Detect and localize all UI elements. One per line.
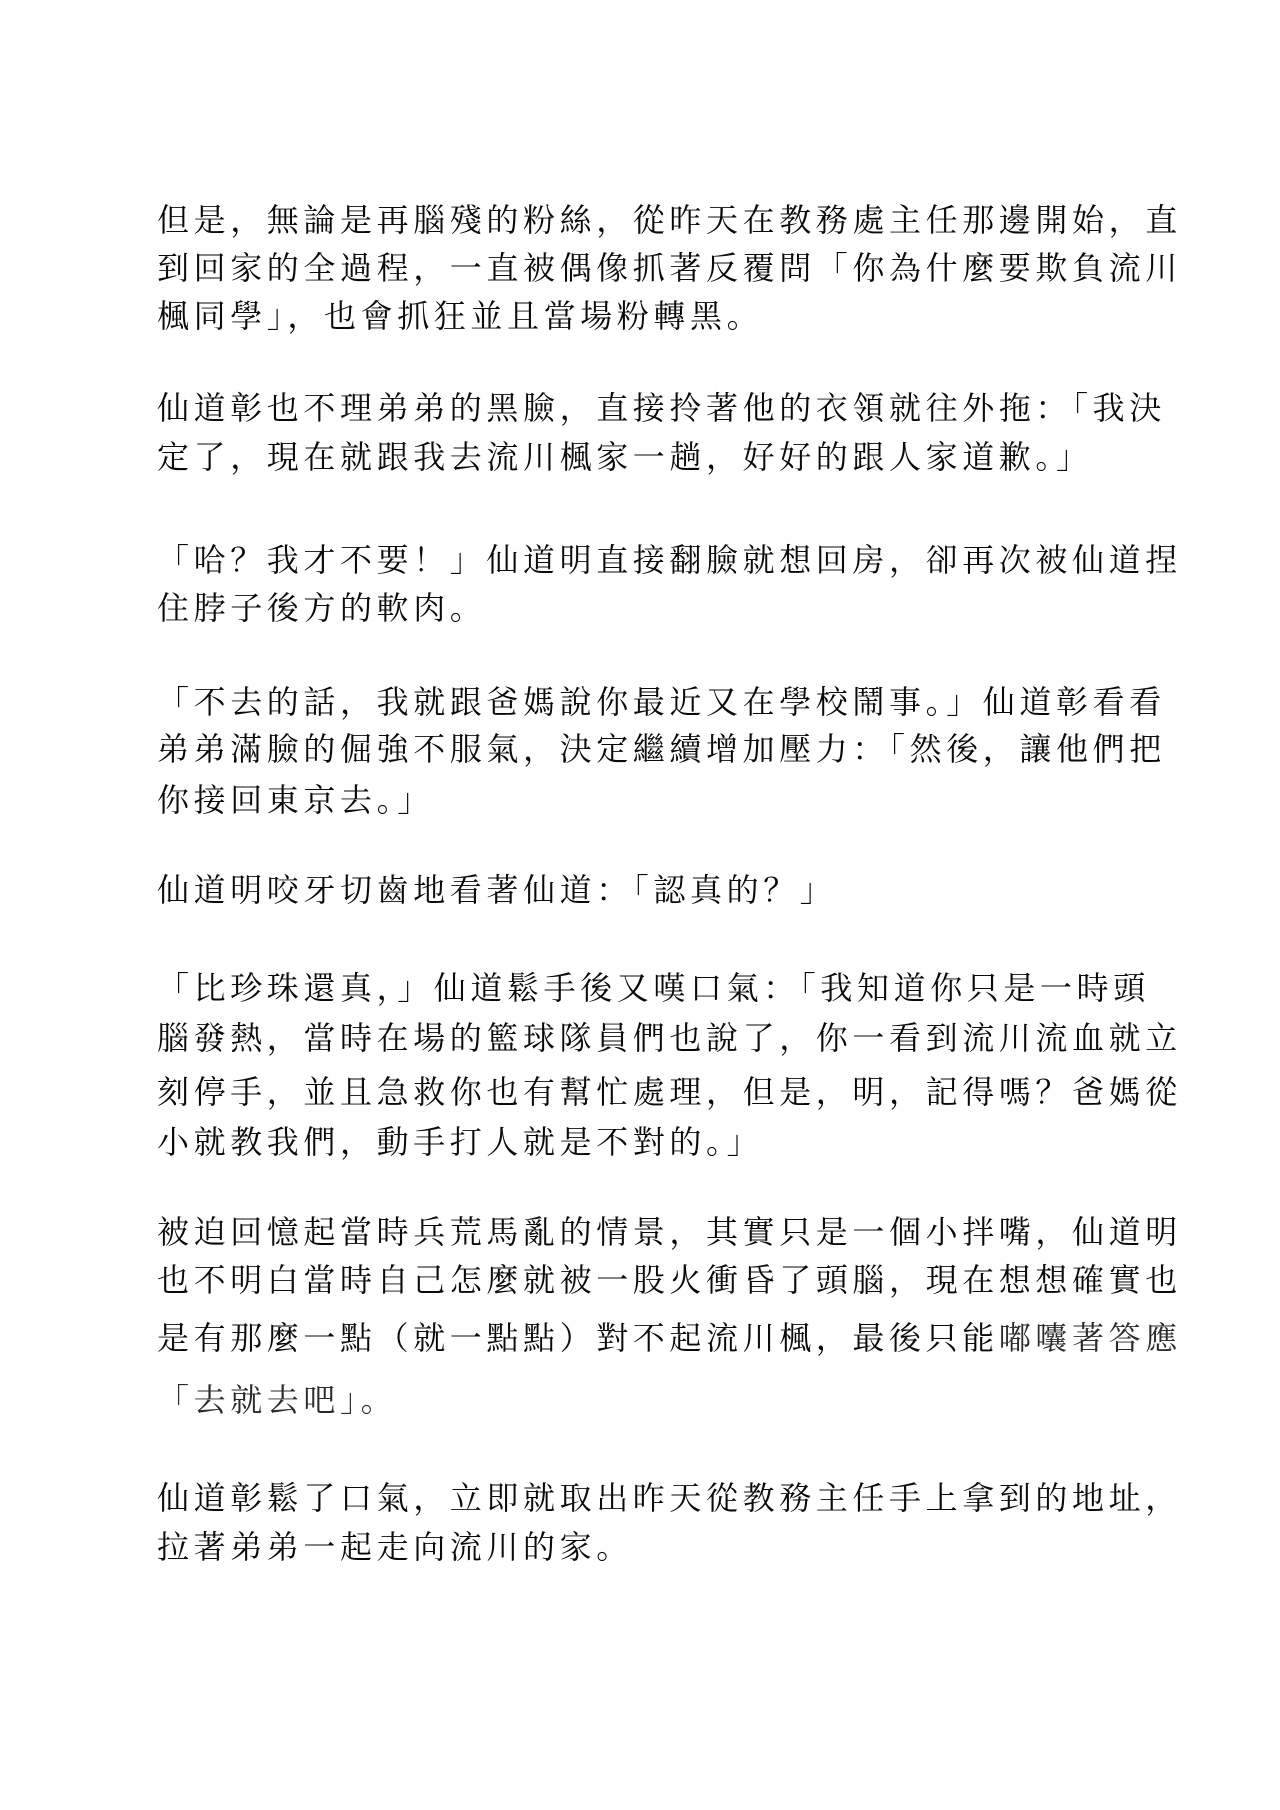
- text-line: 楓同學」，也會抓狂並且當場粉轉黑。: [157, 296, 1137, 336]
- text-line: 定了，現在就跟我去流川楓家一趟，好好的跟人家道歉。」: [157, 437, 1137, 477]
- text-line: 仙道明咬牙切齒地看著仙道：「認真的？」: [157, 870, 1137, 910]
- text-line: 你接回東京去。」: [157, 780, 1137, 820]
- text-segment-light: 嘟囔著答應: [999, 1319, 1182, 1357]
- text-line: 弟弟滿臉的倔強不服氣，決定繼續增加壓力：「然後，讓他們把: [157, 729, 1137, 769]
- text-line: 仙道彰鬆了口氣，立即就取出昨天從教務主任手上拿到的地址，: [157, 1478, 1137, 1518]
- text-line: 仙道彰也不理弟弟的黑臉，直接拎著他的衣領就往外拖：「我決: [157, 388, 1137, 428]
- document-page: 但是，無論是再腦殘的粉絲，從昨天在教務處主任那邊開始，直 到回家的全過程，一直被…: [0, 0, 1280, 1810]
- text-line: 「哈？我才不要！」仙道明直接翻臉就想回房，卻再次被仙道捏: [157, 540, 1137, 580]
- text-line: 住脖子後方的軟肉。: [157, 588, 1137, 628]
- text-segment-light: 「去就去吧」。: [157, 1381, 397, 1419]
- text-line: 到回家的全過程，一直被偶像抓著反覆問「你為什麼要欺負流川: [157, 248, 1137, 288]
- text-line: 被迫回憶起當時兵荒馬亂的情景，其實只是一個小拌嘴，仙道明: [157, 1212, 1137, 1252]
- text-segment: 是有那麼一點（就一點點）對不起流川楓，最後只能: [157, 1319, 999, 1357]
- text-line: 「比珍珠還真，」仙道鬆手後又嘆口氣：「我知道你只是一時頭: [157, 968, 1137, 1008]
- text-line: 小就教我們，動手打人就是不對的。」: [157, 1122, 1137, 1162]
- text-line: 刻停手，並且急救你也有幫忙處理，但是，明，記得嗎？爸媽從: [157, 1072, 1137, 1112]
- text-line: 腦發熱，當時在場的籃球隊員們也說了，你一看到流川流血就立: [157, 1018, 1137, 1058]
- text-line: 也不明白當時自己怎麼就被一股火衝昏了頭腦，現在想想確實也: [157, 1260, 1137, 1300]
- text-line: 是有那麼一點（就一點點）對不起流川楓，最後只能嘟囔著答應: [157, 1318, 1137, 1358]
- text-line: 「去就去吧」。: [157, 1380, 1137, 1420]
- text-line: 但是，無論是再腦殘的粉絲，從昨天在教務處主任那邊開始，直: [157, 200, 1137, 240]
- text-line: 拉著弟弟一起走向流川的家。: [157, 1527, 1137, 1567]
- text-line: 「不去的話，我就跟爸媽說你最近又在學校鬧事。」仙道彰看看: [157, 682, 1137, 722]
